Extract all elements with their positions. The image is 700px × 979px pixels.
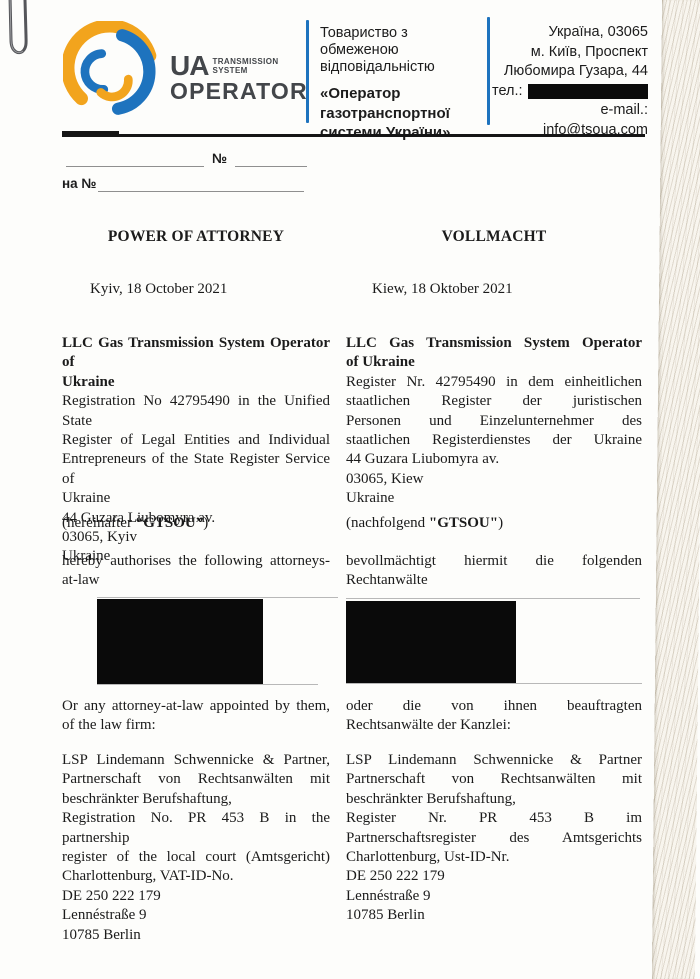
text-line: Rechtanwälte	[346, 571, 642, 590]
text-line: Personen und Einzelunternehmer des	[346, 412, 642, 431]
text-line: Partnerschaft von Rechtsanwälten mit	[62, 770, 330, 789]
paperclip	[1, 0, 37, 62]
blank-line	[98, 174, 304, 192]
or-any-paragraph: Or any attorney-at-law appointed by them…	[62, 697, 642, 736]
text-line: Ukraine	[346, 489, 642, 508]
company-name-de: LLC Gas Transmission System Operatorof U…	[346, 334, 642, 373]
text-line: Ukraine	[62, 489, 330, 508]
text-line: oder die von ihnen beauftragten	[346, 697, 642, 716]
text-line: beschränkter Berufshaftung,	[346, 790, 642, 809]
redaction-cell	[62, 596, 330, 688]
header-company-name: Товариство з обмеженоювідповідальністю «…	[320, 25, 484, 144]
scanned-document-page: UA TRANSMISSION SYSTEM OPERATOR Товарист…	[0, 0, 700, 979]
law-firm-paragraph: LSP Lindemann Schwennicke & Partner,Part…	[62, 751, 642, 945]
redaction-box	[97, 599, 263, 684]
reference-number-line: №	[66, 148, 307, 167]
header-divider	[487, 17, 490, 125]
text-line: DE 250 222 179	[62, 887, 330, 906]
text-line: beschränkter Berufshaftung,	[62, 790, 330, 809]
tel-line: тел.:	[492, 82, 648, 102]
text-line: Or any attorney-at-law appointed by them…	[62, 697, 330, 716]
gtsou-line: (hereinafter “GTSOU”) (nachfolgend "GTSO…	[62, 514, 642, 533]
text-line: hereby authorises the following attorney…	[62, 552, 330, 571]
header-divider	[306, 20, 309, 123]
address-lines: Україна, 03065м. Київ, ПроспектЛюбомира …	[492, 23, 648, 82]
paper-edge-scan-artifact	[652, 0, 700, 979]
text-line: Товариство з обмеженою	[320, 25, 484, 59]
header-address: Україна, 03065м. Київ, ПроспектЛюбомира …	[492, 23, 648, 140]
company-details-en: Registration No 42795490 in the Unified …	[62, 392, 330, 567]
text-line: 10785 Berlin	[346, 906, 642, 925]
text-line: LLC Gas Transmission System Operator	[346, 334, 642, 353]
text-line: LLC Gas Transmission System Operator of	[62, 334, 330, 373]
blank-line	[66, 149, 204, 167]
date-en: Kyiv, 18 October 2021	[62, 280, 330, 299]
text-line: Register Nr. 42795490 in dem einheitlich…	[346, 373, 642, 392]
date-de: Kiew, 18 Oktober 2021	[346, 280, 642, 299]
text-line: 44 Guzara Liubomyra av.	[346, 450, 642, 469]
authorise-de: bevollmächtigt hiermit die folgendenRech…	[346, 552, 642, 591]
redaction-box	[346, 601, 516, 683]
or-any-de: oder die von ihnen beauftragtenRechtsanw…	[346, 697, 642, 736]
text-line: register of the local court (Amtsgericht…	[62, 848, 330, 867]
company-logo-icon	[63, 21, 165, 123]
text-line: відповідальністю	[320, 59, 484, 78]
redaction-box	[528, 84, 648, 99]
header-rule-segment	[62, 131, 119, 134]
document-titles: POWER OF ATTORNEY VOLLMACHT	[62, 227, 642, 246]
authorise-en: hereby authorises the following attorney…	[62, 552, 330, 591]
text-line: Partnerschaftsregister des Amtsgerichts	[346, 829, 642, 848]
text-line: staatlichen Registerdienstes der Ukraine	[346, 431, 642, 450]
text-line: at-law	[62, 571, 330, 590]
text-line: Charlottenburg, VAT-ID-No.	[62, 867, 330, 886]
redacted-attorneys-section	[62, 596, 642, 688]
title-en: POWER OF ATTORNEY	[62, 227, 330, 246]
text-line: 10785 Berlin	[62, 926, 330, 945]
text-line: Register of Legal Entities and Individua…	[62, 431, 330, 450]
text-line: bevollmächtigt hiermit die folgenden	[346, 552, 642, 571]
text-line: Register Nr. PR 453 B im	[346, 809, 642, 828]
firm-en: LSP Lindemann Schwennicke & Partner,Part…	[62, 751, 330, 945]
text-line: Registration No 42795490 in the Unified …	[62, 392, 330, 431]
document-dates: Kyiv, 18 October 2021 Kiew, 18 Oktober 2…	[62, 280, 642, 299]
text-line: Україна, 03065	[492, 23, 648, 43]
gtsou-de: (nachfolgend "GTSOU")	[346, 514, 642, 533]
firm-de: LSP Lindemann Schwennicke & PartnerPartn…	[346, 751, 642, 945]
company-name-en: LLC Gas Transmission System Operator ofU…	[62, 334, 330, 392]
text-line: Registration No. PR 453 B in the partner…	[62, 809, 330, 848]
header-rule	[62, 134, 645, 137]
text-line: Lennéstraße 9	[346, 887, 642, 906]
no-symbol: №	[212, 150, 227, 167]
or-any-en: Or any attorney-at-law appointed by them…	[62, 697, 330, 736]
text-line: «Оператор	[320, 85, 484, 104]
logo-ua-text: UA	[170, 54, 208, 78]
logo-wordmark: UA TRANSMISSION SYSTEM OPERATOR	[170, 54, 308, 103]
text-line: м. Київ, Проспект	[492, 43, 648, 63]
reference-in-reply-line: на №	[62, 173, 304, 192]
blank-line	[235, 149, 307, 167]
text-line: Любомира Гузара, 44	[492, 62, 648, 82]
text-line: 03065, Kiew	[346, 470, 642, 489]
text-line: LSP Lindemann Schwennicke & Partner,	[62, 751, 330, 770]
text-line: Ukraine	[62, 373, 330, 392]
text-line: Charlottenburg, Ust-ID-Nr.	[346, 848, 642, 867]
gtsou-en: (hereinafter “GTSOU”)	[62, 514, 330, 533]
text-line: of the law firm:	[62, 716, 330, 735]
na-no-label: на №	[62, 175, 96, 192]
text-line: LSP Lindemann Schwennicke & Partner	[346, 751, 642, 770]
text-line: Rechtsanwälte der Kanzlei:	[346, 716, 642, 735]
text-line: газотранспортної	[320, 105, 484, 124]
text-line: Partnerschaft von Rechtsanwälten mit	[346, 770, 642, 789]
text-line: Lennéstraße 9	[62, 906, 330, 925]
company-details-de: Register Nr. 42795490 in dem einheitlich…	[346, 373, 642, 509]
authorise-paragraph: hereby authorises the following attorney…	[62, 552, 642, 591]
company-type-lines: Товариство з обмеженоювідповідальністю	[320, 25, 484, 78]
text-line: DE 250 222 179	[346, 867, 642, 886]
text-line: Entrepreneurs of the State Register Serv…	[62, 450, 330, 489]
tel-label: тел.:	[492, 82, 523, 102]
logo-subtitle: TRANSMISSION SYSTEM	[212, 57, 278, 75]
title-de: VOLLMACHT	[346, 227, 642, 246]
logo-operator-text: OPERATOR	[170, 79, 308, 103]
text-line: of Ukraine	[346, 353, 642, 372]
redaction-cell	[346, 596, 642, 688]
text-line: staatlichen Register der juristischen	[346, 392, 642, 411]
